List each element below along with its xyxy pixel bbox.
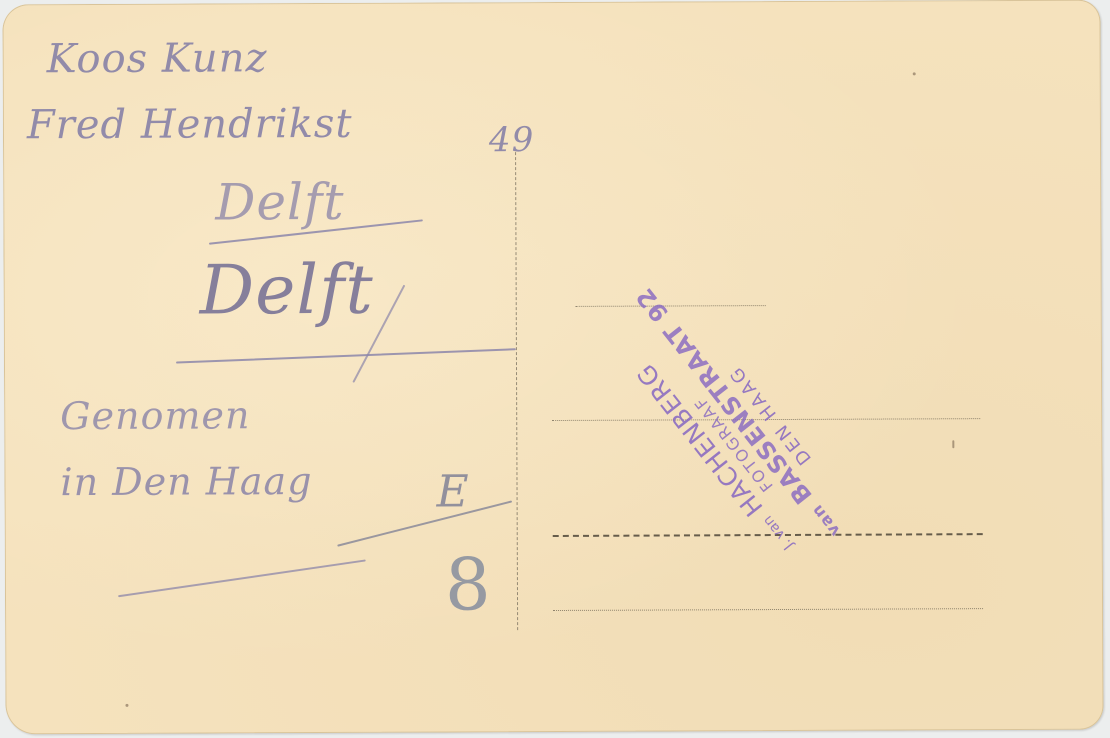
handwritten-name: Koos Kunz	[47, 35, 268, 82]
handwritten-street: Fred Hendrikst	[27, 101, 353, 148]
fraction-bar	[337, 500, 512, 546]
handwritten-city-struck: Delft	[215, 173, 345, 232]
paper-speck	[125, 704, 128, 707]
underline-note	[118, 559, 366, 597]
handwritten-city: Delft	[199, 251, 373, 331]
address-line-4	[553, 608, 983, 611]
scanned-postcard: Koos Kunz Fred Hendrikst 49 Delft Delft …	[0, 0, 1110, 738]
underline-city	[176, 348, 516, 363]
photographer-stamp: J. van HACHENBERG FOTOGRAAF van BASSENST…	[620, 219, 968, 573]
paper-speck	[952, 440, 954, 448]
handwritten-note-line1: Genomen	[60, 393, 250, 438]
handwritten-house-number: 49	[489, 120, 534, 160]
postcard-divider-line	[515, 152, 518, 630]
handwritten-fraction-top: E	[436, 466, 469, 517]
handwritten-note-line2: in Den Haag	[60, 459, 312, 504]
handwritten-fraction-bottom: 8	[445, 542, 492, 626]
paper-speck	[913, 72, 916, 75]
postcard-back: Koos Kunz Fred Hendrikst 49 Delft Delft …	[2, 0, 1103, 734]
